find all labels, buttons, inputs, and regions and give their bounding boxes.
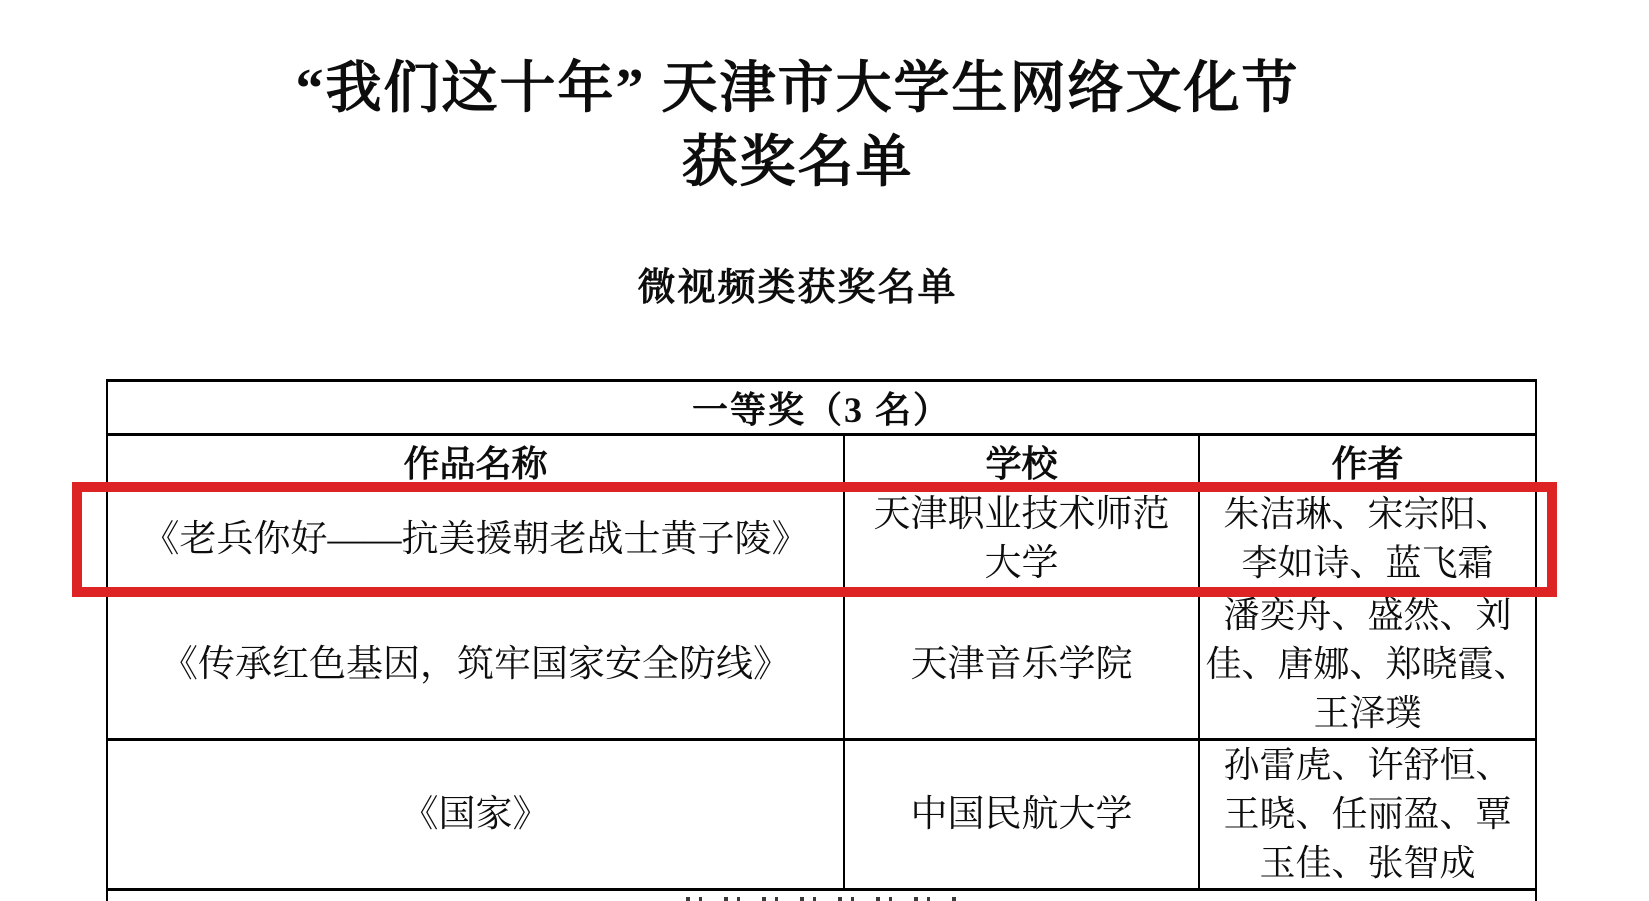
partial-next-section-row <box>107 890 1536 901</box>
school-cell: 天津音乐学院 <box>844 590 1199 740</box>
section-header-first-prize: 一等奖（3 名） <box>107 381 1536 435</box>
column-header-work-name: 作品名称 <box>107 435 844 489</box>
authors-cell: 朱洁琳、宋宗阳、 李如诗、蓝飞霜 <box>1199 489 1536 590</box>
work-title-cell: 《老兵你好——抗美援朝老战士黄子陵》 <box>107 489 844 590</box>
document-title-line2: 获奖名单 <box>0 126 1595 200</box>
table-row: 《传承红色基因，筑牢国家安全防线》 天津音乐学院 潘奕舟、盛然、刘 佳、唐娜、郑… <box>107 590 1536 740</box>
school-cell: 天津职业技术师范 大学 <box>844 489 1199 590</box>
authors-cell: 孙雷虎、许舒恒、 王晓、任丽盈、覃 玉佳、张智成 <box>1199 740 1536 890</box>
awards-table: 一等奖（3 名） 作品名称 学校 作者 《老兵你好——抗美援朝老战士黄子陵》 天… <box>106 379 1537 901</box>
partial-next-section-cell <box>107 890 1536 901</box>
table-row: 《国家》 中国民航大学 孙雷虎、许舒恒、 王晓、任丽盈、覃 玉佳、张智成 <box>107 740 1536 890</box>
school-cell: 中国民航大学 <box>844 740 1199 890</box>
document-title-line1: “我们这十年” 天津市大学生网络文化节 <box>0 52 1595 126</box>
work-title-cell: 《传承红色基因，筑牢国家安全防线》 <box>107 590 844 740</box>
table-row-highlighted: 《老兵你好——抗美援朝老战士黄子陵》 天津职业技术师范 大学 朱洁琳、宋宗阳、 … <box>107 489 1536 590</box>
column-header-school: 学校 <box>844 435 1199 489</box>
column-header-row: 作品名称 学校 作者 <box>107 435 1536 489</box>
work-title-cell: 《国家》 <box>107 740 844 890</box>
authors-cell: 潘奕舟、盛然、刘 佳、唐娜、郑晓霞、 王泽璞 <box>1199 590 1536 740</box>
column-header-author: 作者 <box>1199 435 1536 489</box>
document-title: “我们这十年” 天津市大学生网络文化节 获奖名单 <box>0 52 1595 200</box>
section-header-row: 一等奖（3 名） <box>107 381 1536 435</box>
document-page: “我们这十年” 天津市大学生网络文化节 获奖名单 微视频类获奖名单 一等奖（3 … <box>0 0 1649 901</box>
category-subtitle: 微视频类获奖名单 <box>0 263 1595 313</box>
clipped-text-tops <box>686 897 958 901</box>
